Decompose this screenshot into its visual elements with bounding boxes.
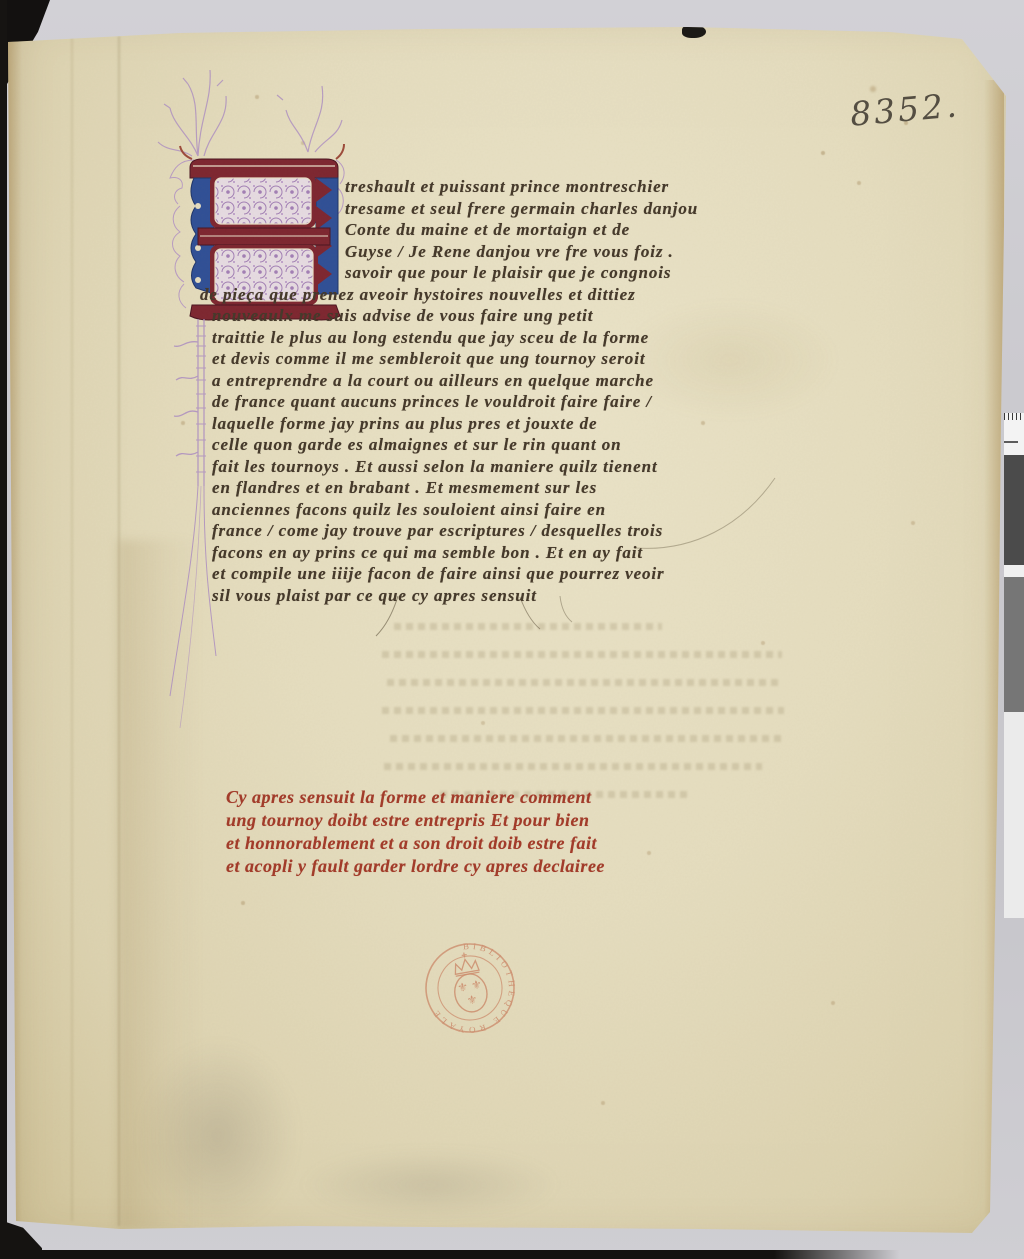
stain	[138, 1040, 298, 1230]
manuscript-line: treshault et puissant prince montreschie…	[345, 176, 792, 198]
rubric-line: et acopli y fault garder lordre cy apres…	[226, 855, 605, 878]
manuscript-line: anciennes facons quilz les souloient ain…	[212, 499, 792, 521]
manuscript-line: traittie le plus au long estendu que jay…	[212, 327, 792, 349]
manuscript-line: en flandres et en brabant . Et mesmement…	[212, 477, 792, 499]
library-stamp: BIBLIOTHEQUE ROYALE ⚜ ⚜ ⚜	[412, 930, 528, 1046]
manuscript-text-block: treshault et puissant prince montreschie…	[212, 176, 792, 606]
rubric-line: et honnorablement et a son droit doib es…	[226, 832, 605, 855]
ruler-ticks	[1004, 413, 1024, 420]
manuscript-line: Guyse / Je Rene danjou vre fre vous foiz…	[345, 241, 792, 263]
manuscript-line: de pieça que prenez aveoir hystoires nou…	[200, 284, 792, 306]
ruler-mark	[1004, 441, 1018, 443]
parchment-page: 8352. A treshault et puissant prince mon…	[0, 0, 1024, 1259]
crease-line	[71, 36, 73, 1221]
show-through-text	[382, 616, 784, 812]
fleur-de-lis-icon: ⚜	[466, 992, 479, 1008]
white-patch	[1004, 712, 1024, 918]
calibration-ruler	[1004, 413, 1024, 455]
calibration-strip	[1004, 413, 1024, 918]
gray-patch-dark	[1004, 455, 1024, 565]
manuscript-line: sil vous plaist par ce que cy apres sens…	[212, 585, 792, 607]
manuscript-line: celle quon garde es almaignes et sur le …	[212, 434, 792, 456]
rubric-block: Cy apres sensuit la forme et maniere com…	[226, 786, 605, 878]
shelfmark-number: 8352.	[849, 85, 961, 133]
manuscript-line: Conte du maine et de mortaign et de	[345, 219, 792, 241]
rubric-line: ung tournoy doibt estre entrepris Et pou…	[226, 809, 605, 832]
gray-patch-mid	[1004, 577, 1024, 712]
black-edge-left	[0, 0, 7, 1259]
black-edge-bottom	[0, 1250, 900, 1259]
manuscript-line: de france quant aucuns princes le vouldr…	[212, 391, 792, 413]
manuscript-scan: 8352. A treshault et puissant prince mon…	[0, 0, 1024, 1259]
white-patch	[1004, 565, 1024, 577]
manuscript-line: et compile une iiije facon de faire ains…	[212, 563, 792, 585]
manuscript-line: et devis comme il me sembleroit que ung …	[212, 348, 792, 370]
manuscript-line: savoir que pour le plaisir que je congno…	[345, 262, 792, 284]
manuscript-line: tresame et seul frere germain charles da…	[345, 198, 792, 220]
manuscript-line: nouveaulx me suis advise de vous faire u…	[212, 305, 792, 327]
manuscript-line: laquelle forme jay prins au plus pres et…	[212, 413, 792, 435]
fleur-de-lis-icon: ⚜	[470, 977, 483, 993]
manuscript-line: france / come jay trouve par escriptures…	[212, 520, 792, 542]
crown-icon	[453, 957, 479, 976]
manuscript-line: a entreprendre a la court ou ailleurs en…	[212, 370, 792, 392]
manuscript-line: facons en ay prins ce qui ma semble bon …	[212, 542, 792, 564]
manuscript-line: fait les tournoys . Et aussi selon la ma…	[212, 456, 792, 478]
rubric-line: Cy apres sensuit la forme et maniere com…	[226, 786, 605, 809]
stain	[300, 1150, 560, 1220]
